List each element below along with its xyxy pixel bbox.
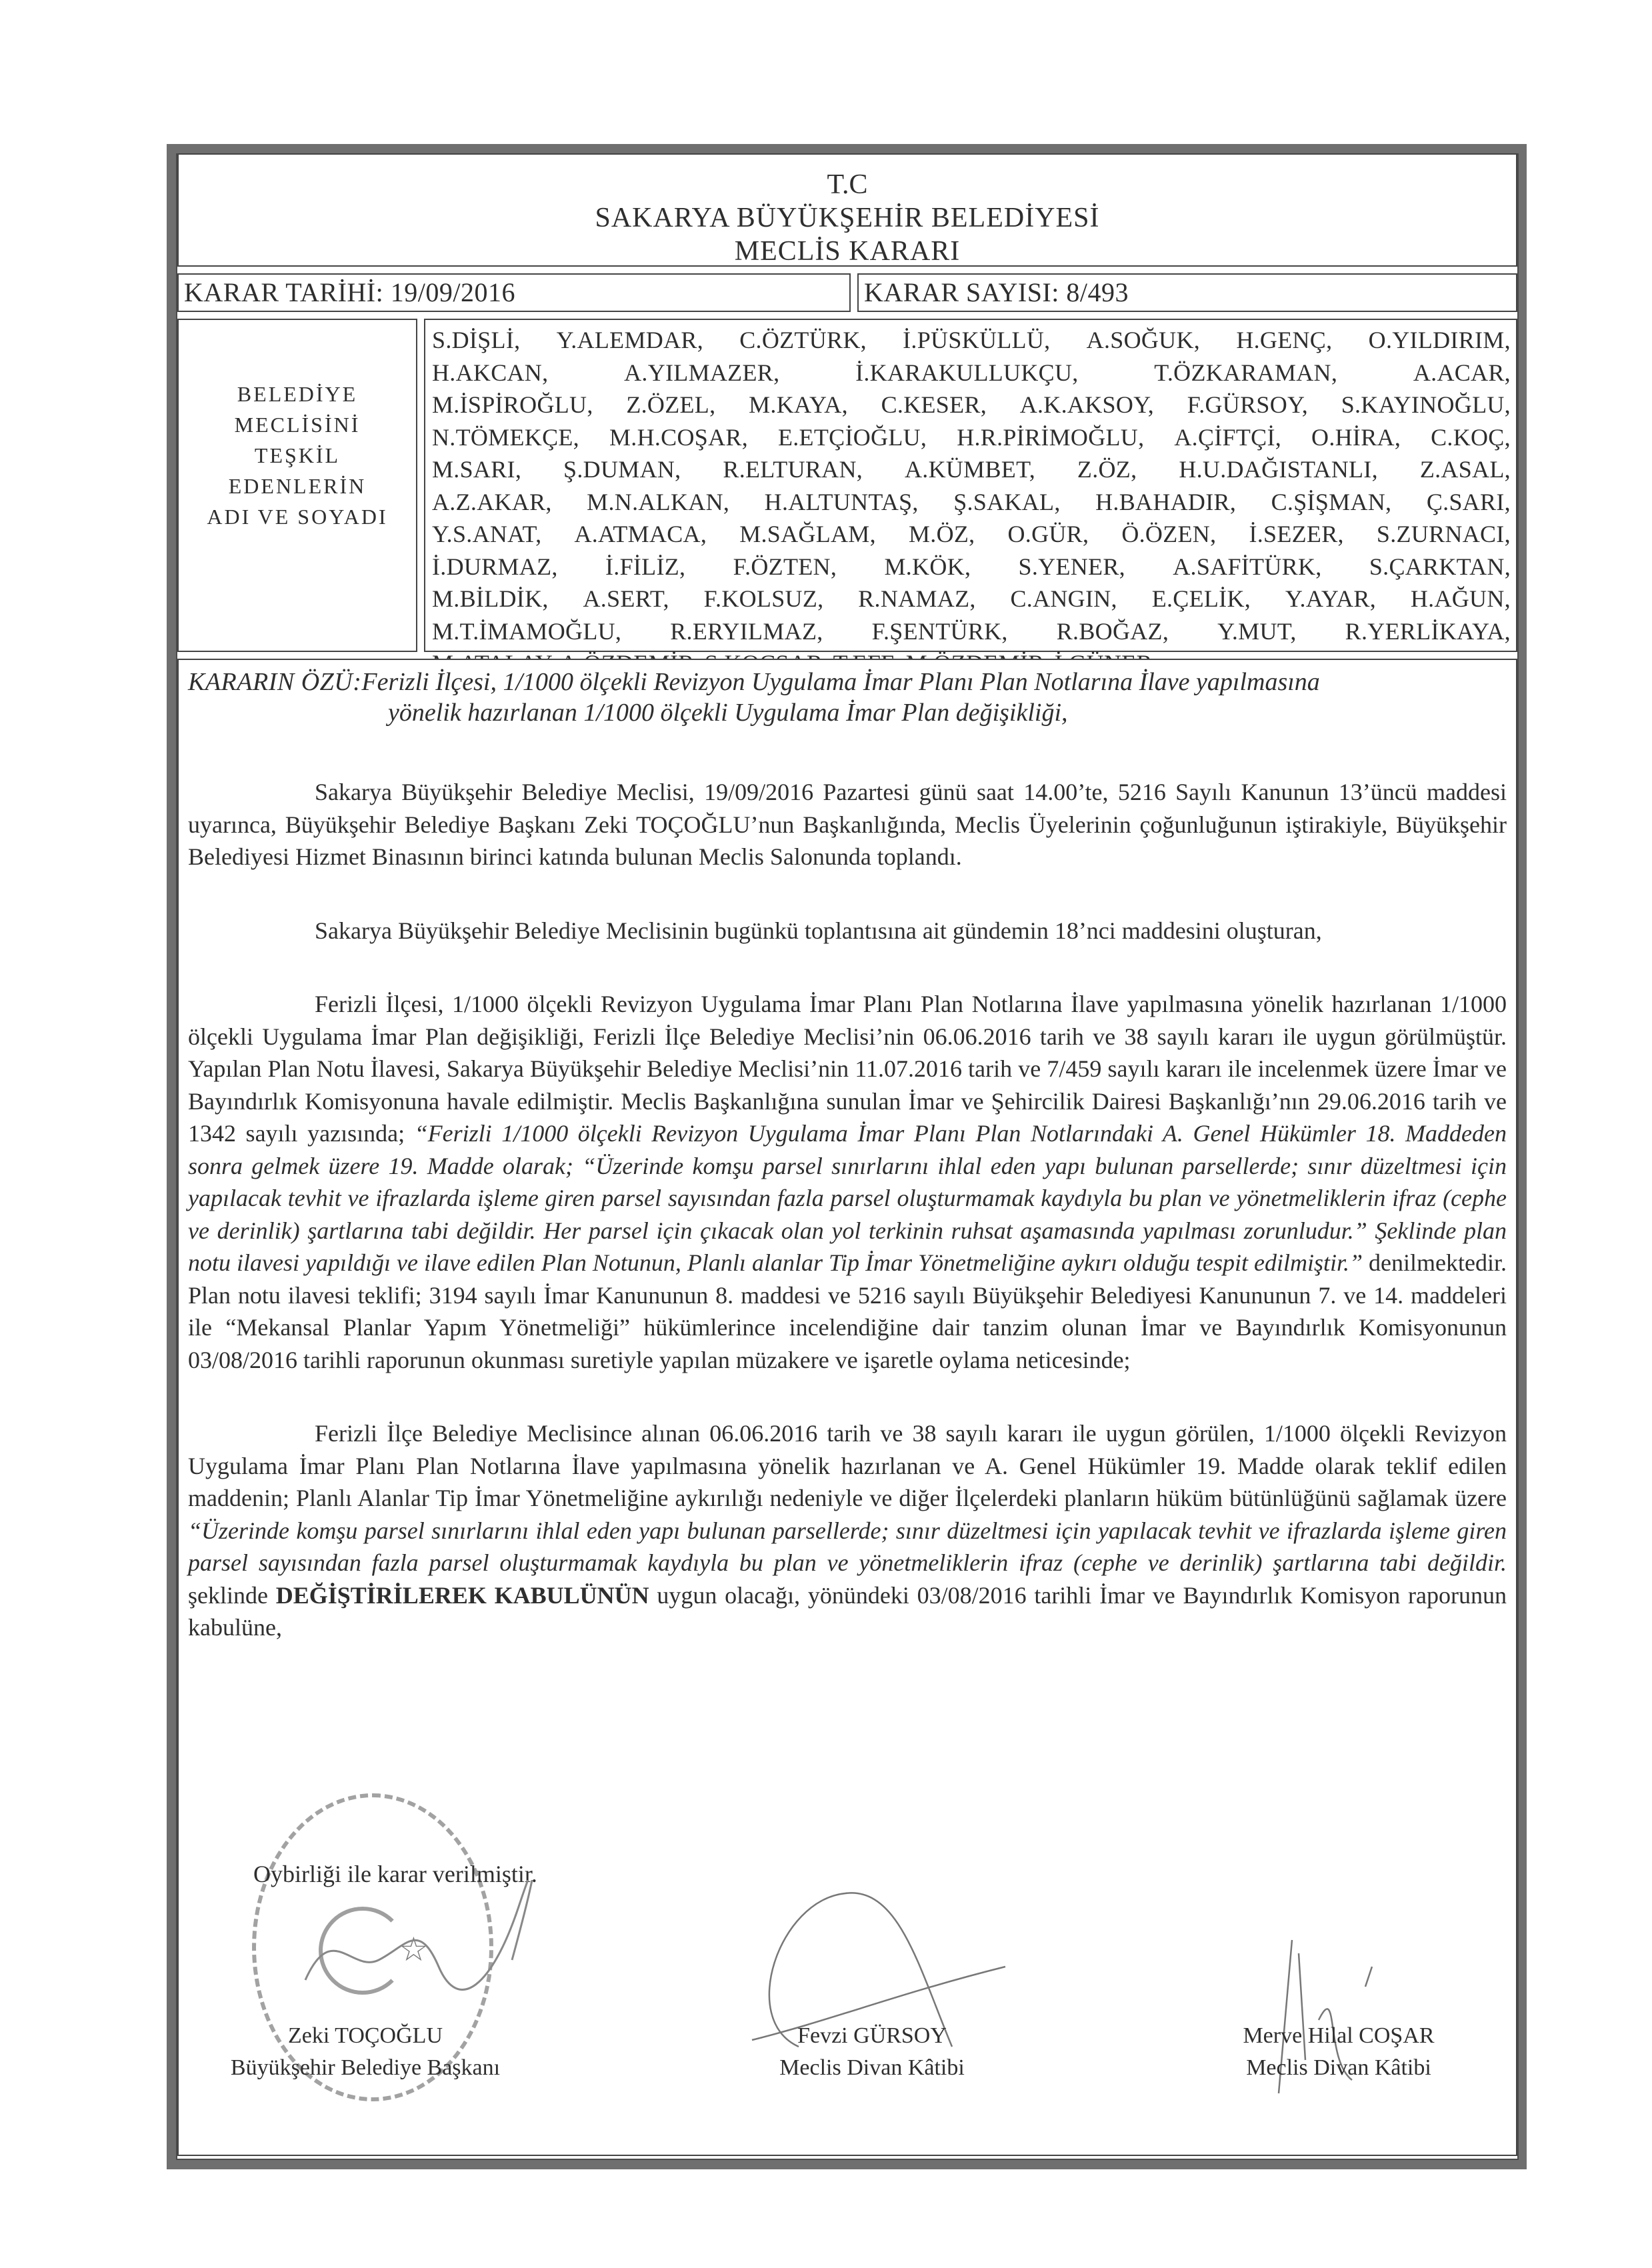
member-name: E.ETÇİOĞLU, (778, 421, 927, 454)
member-name: S.ÇARKTAN, (1369, 551, 1511, 583)
summary-line-2: yönelik hazırlanan 1/1000 ölçekli Uygula… (188, 697, 1507, 728)
paragraph-agenda: Sakarya Büyükşehir Belediye Meclisinin b… (188, 915, 1507, 947)
members-line: M.BİLDİK,A.SERT,F.KOLSUZ,R.NAMAZ,C.ANGIN… (432, 583, 1511, 615)
member-name: F.KOLSUZ, (704, 583, 824, 615)
header-tc: T.C (179, 168, 1516, 201)
signatory-secretary-1: Fevzi GÜRSOY Meclis Divan Kâtibi (732, 2020, 1012, 2084)
signatory-mayor: Zeki TOÇOĞLU Büyükşehir Belediye Başkanı (219, 2020, 512, 2084)
member-name: M.N.ALKAN, (587, 486, 729, 519)
member-name: C.ŞİŞMAN, (1271, 486, 1392, 519)
member-name: M.KÖK, (884, 551, 971, 583)
decision-text-b: şeklinde (188, 1582, 276, 1609)
member-name: Z.ASAL, (1420, 453, 1511, 486)
member-name: H.BAHADIR, (1095, 486, 1236, 519)
member-name: T.ÖZKARAMAN, (1154, 357, 1337, 389)
signatory-name: Merve Hilal COŞAR (1199, 2020, 1479, 2052)
member-name: İ.FİLİZ, (605, 551, 685, 583)
decision-text-a: Ferizli İlçe Belediye Meclisince alınan … (188, 1420, 1507, 1511)
member-name: A.SERT, (583, 583, 669, 615)
members-line: M.İSPİROĞLU,Z.ÖZEL,M.KAYA,C.KESER,A.K.AK… (432, 389, 1511, 421)
member-name: O.YILDIRIM, (1369, 324, 1511, 357)
member-name: A.ACAR, (1413, 357, 1511, 389)
paragraph-decision: Ferizli İlçe Belediye Meclisince alınan … (188, 1417, 1507, 1644)
decision-date: KARAR TARİHİ: 19/09/2016 (179, 277, 515, 307)
member-name: H.AĞUN, (1411, 583, 1511, 615)
member-name: F.GÜRSOY, (1187, 389, 1308, 421)
member-name: O.HİRA, (1311, 421, 1401, 454)
summary-line-1: Ferizli İlçesi, 1/1000 ölçekli Revizyon … (361, 668, 1319, 696)
member-name: H.ALTUNTAŞ, (765, 486, 919, 519)
member-name: R.YERLİKAYA, (1345, 615, 1511, 648)
member-name: İ.KARAKULLUKÇU, (855, 357, 1078, 389)
members-line: H.AKCAN,A.YILMAZER,İ.KARAKULLUKÇU,T.ÖZKA… (432, 357, 1511, 389)
member-name: C.KESER, (881, 389, 987, 421)
member-name: Ç.SARI, (1427, 486, 1511, 519)
member-name: N.TÖMEKÇE, (432, 421, 579, 454)
member-name: C.KOÇ, (1431, 421, 1511, 454)
member-name: Y.S.ANAT, (432, 518, 541, 551)
member-name: R.ERYILMAZ, (670, 615, 823, 648)
members-line: N.TÖMEKÇE,M.H.COŞAR,E.ETÇİOĞLU,H.R.PİRİM… (432, 421, 1511, 454)
decision-number: KARAR SAYISI: 8/493 (859, 277, 1129, 307)
member-name: A.SAFİTÜRK, (1173, 551, 1321, 583)
member-name: R.NAMAZ, (858, 583, 975, 615)
summary-label: KARARIN ÖZÜ: (188, 668, 361, 696)
members-line: M.SARI,Ş.DUMAN,R.ELTURAN,A.KÜMBET,Z.ÖZ,H… (432, 453, 1511, 486)
member-name: E.ÇELİK, (1152, 583, 1251, 615)
member-name: Z.ÖZ, (1077, 453, 1137, 486)
member-name: C.ANGIN, (1010, 583, 1117, 615)
header-institution: SAKARYA BÜYÜKŞEHİR BELEDİYESİ (179, 201, 1516, 235)
member-name: A.SOĞUK, (1087, 324, 1200, 357)
paragraph-background: Ferizli İlçesi, 1/1000 ölçekli Revizyon … (188, 988, 1507, 1376)
signatory-name: Zeki TOÇOĞLU (219, 2020, 512, 2052)
member-name: F.ÖZTEN, (733, 551, 837, 583)
header-doc-type: MECLİS KARARI (179, 235, 1516, 268)
member-name: M.SARI, (432, 453, 521, 486)
member-name: M.SAĞLAM, (739, 518, 876, 551)
members-label-line: TEŞKİL (179, 440, 416, 471)
member-name: S.ZURNACI, (1377, 518, 1511, 551)
member-name: Y.ALEMDAR, (557, 324, 703, 357)
member-name: M.H.COŞAR, (609, 421, 748, 454)
members-label-line: BELEDİYE (179, 379, 416, 409)
member-name: H.U.DAĞISTANLI, (1179, 453, 1378, 486)
member-name: A.K.AKSOY, (1020, 389, 1154, 421)
members-line: A.Z.AKAR,M.N.ALKAN,H.ALTUNTAŞ,Ş.SAKAL,H.… (432, 486, 1511, 519)
unanimous-decision-text: Oybirliği ile karar verilmiştir. (253, 1860, 537, 1888)
member-name: Ş.DUMAN, (563, 453, 681, 486)
member-name: A.ÇİFTÇİ, (1174, 421, 1281, 454)
member-name: M.ÖZ, (909, 518, 975, 551)
members-label-line: EDENLERİN (179, 471, 416, 501)
crescent-icon (319, 1907, 407, 1995)
document-header: T.C SAKARYA BÜYÜKŞEHİR BELEDİYESİ MECLİS… (177, 153, 1517, 267)
members-label-line: MECLİSİNİ (179, 409, 416, 440)
member-name: Ö.ÖZEN, (1121, 518, 1216, 551)
member-name: F.ŞENTÜRK, (872, 615, 1008, 648)
member-name: H.R.PİRİMOĞLU, (957, 421, 1144, 454)
member-name: C.ÖZTÜRK, (739, 324, 867, 357)
member-name: R.ELTURAN, (723, 453, 863, 486)
member-name: S.KAYINOĞLU, (1341, 389, 1511, 421)
member-name: İ.PÜSKÜLLÜ, (903, 324, 1050, 357)
member-name: Y.MUT, (1217, 615, 1296, 648)
signatory-name: Fevzi GÜRSOY (732, 2020, 1012, 2052)
member-name: A.Z.AKAR, (432, 486, 552, 519)
member-name: R.BOĞAZ, (1057, 615, 1169, 648)
member-name: M.BİLDİK, (432, 583, 549, 615)
members-label-line: ADI VE SOYADI (179, 501, 416, 532)
paragraph-meeting: Sakarya Büyükşehir Belediye Meclisi, 19/… (188, 776, 1507, 873)
member-name: A.ATMACA, (574, 518, 707, 551)
member-name: Z.ÖZEL, (626, 389, 715, 421)
member-name: Ş.SAKAL, (953, 486, 1060, 519)
decision-body: KARARIN ÖZÜ:Ferizli İlçesi, 1/1000 ölçek… (177, 659, 1517, 2156)
decision-number-box: KARAR SAYISI: 8/493 (857, 273, 1517, 312)
member-name: M.KAYA, (749, 389, 848, 421)
signatory-title: Büyükşehir Belediye Başkanı (219, 2052, 512, 2084)
member-name: S.DİŞLİ, (432, 324, 520, 357)
signatory-secretary-2: Merve Hilal COŞAR Meclis Divan Kâtibi (1199, 2020, 1479, 2084)
member-name: A.YILMAZER, (624, 357, 779, 389)
member-name: S.YENER, (1019, 551, 1125, 583)
member-name: M.T.İMAMOĞLU, (432, 615, 621, 648)
members-line: S.DİŞLİ,Y.ALEMDAR,C.ÖZTÜRK,İ.PÜSKÜLLÜ,A.… (432, 324, 1511, 357)
member-name: Y.AYAR, (1285, 583, 1376, 615)
member-name: İ.DURMAZ, (432, 551, 558, 583)
member-name: H.GENÇ, (1236, 324, 1332, 357)
members-label-box: BELEDİYE MECLİSİNİ TEŞKİL EDENLERİN ADI … (177, 319, 417, 652)
decision-emphasis: DEĞİŞTİRİLEREK KABULÜNÜN (276, 1582, 649, 1609)
star-icon: ☆ (399, 1930, 429, 1969)
signatory-title: Meclis Divan Kâtibi (732, 2052, 1012, 2084)
members-list: S.DİŞLİ,Y.ALEMDAR,C.ÖZTÜRK,İ.PÜSKÜLLÜ,A.… (424, 319, 1517, 652)
member-name: O.GÜR, (1007, 518, 1089, 551)
member-name: A.KÜMBET, (905, 453, 1035, 486)
members-line: Y.S.ANAT,A.ATMACA,M.SAĞLAM,M.ÖZ,O.GÜR,Ö.… (432, 518, 1511, 551)
signatory-title: Meclis Divan Kâtibi (1199, 2052, 1479, 2084)
member-name: M.İSPİROĞLU, (432, 389, 593, 421)
members-line: İ.DURMAZ,İ.FİLİZ,F.ÖZTEN,M.KÖK,S.YENER,A… (432, 551, 1511, 583)
members-line: M.T.İMAMOĞLU,R.ERYILMAZ,F.ŞENTÜRK,R.BOĞA… (432, 615, 1511, 648)
member-name: İ.SEZER, (1249, 518, 1343, 551)
decision-date-box: KARAR TARİHİ: 19/09/2016 (177, 273, 851, 312)
member-name: H.AKCAN, (432, 357, 548, 389)
decision-quote: “Üzerinde komşu parsel sınırlarını ihlal… (188, 1517, 1507, 1577)
decision-summary: KARARIN ÖZÜ:Ferizli İlçesi, 1/1000 ölçek… (188, 667, 1507, 728)
